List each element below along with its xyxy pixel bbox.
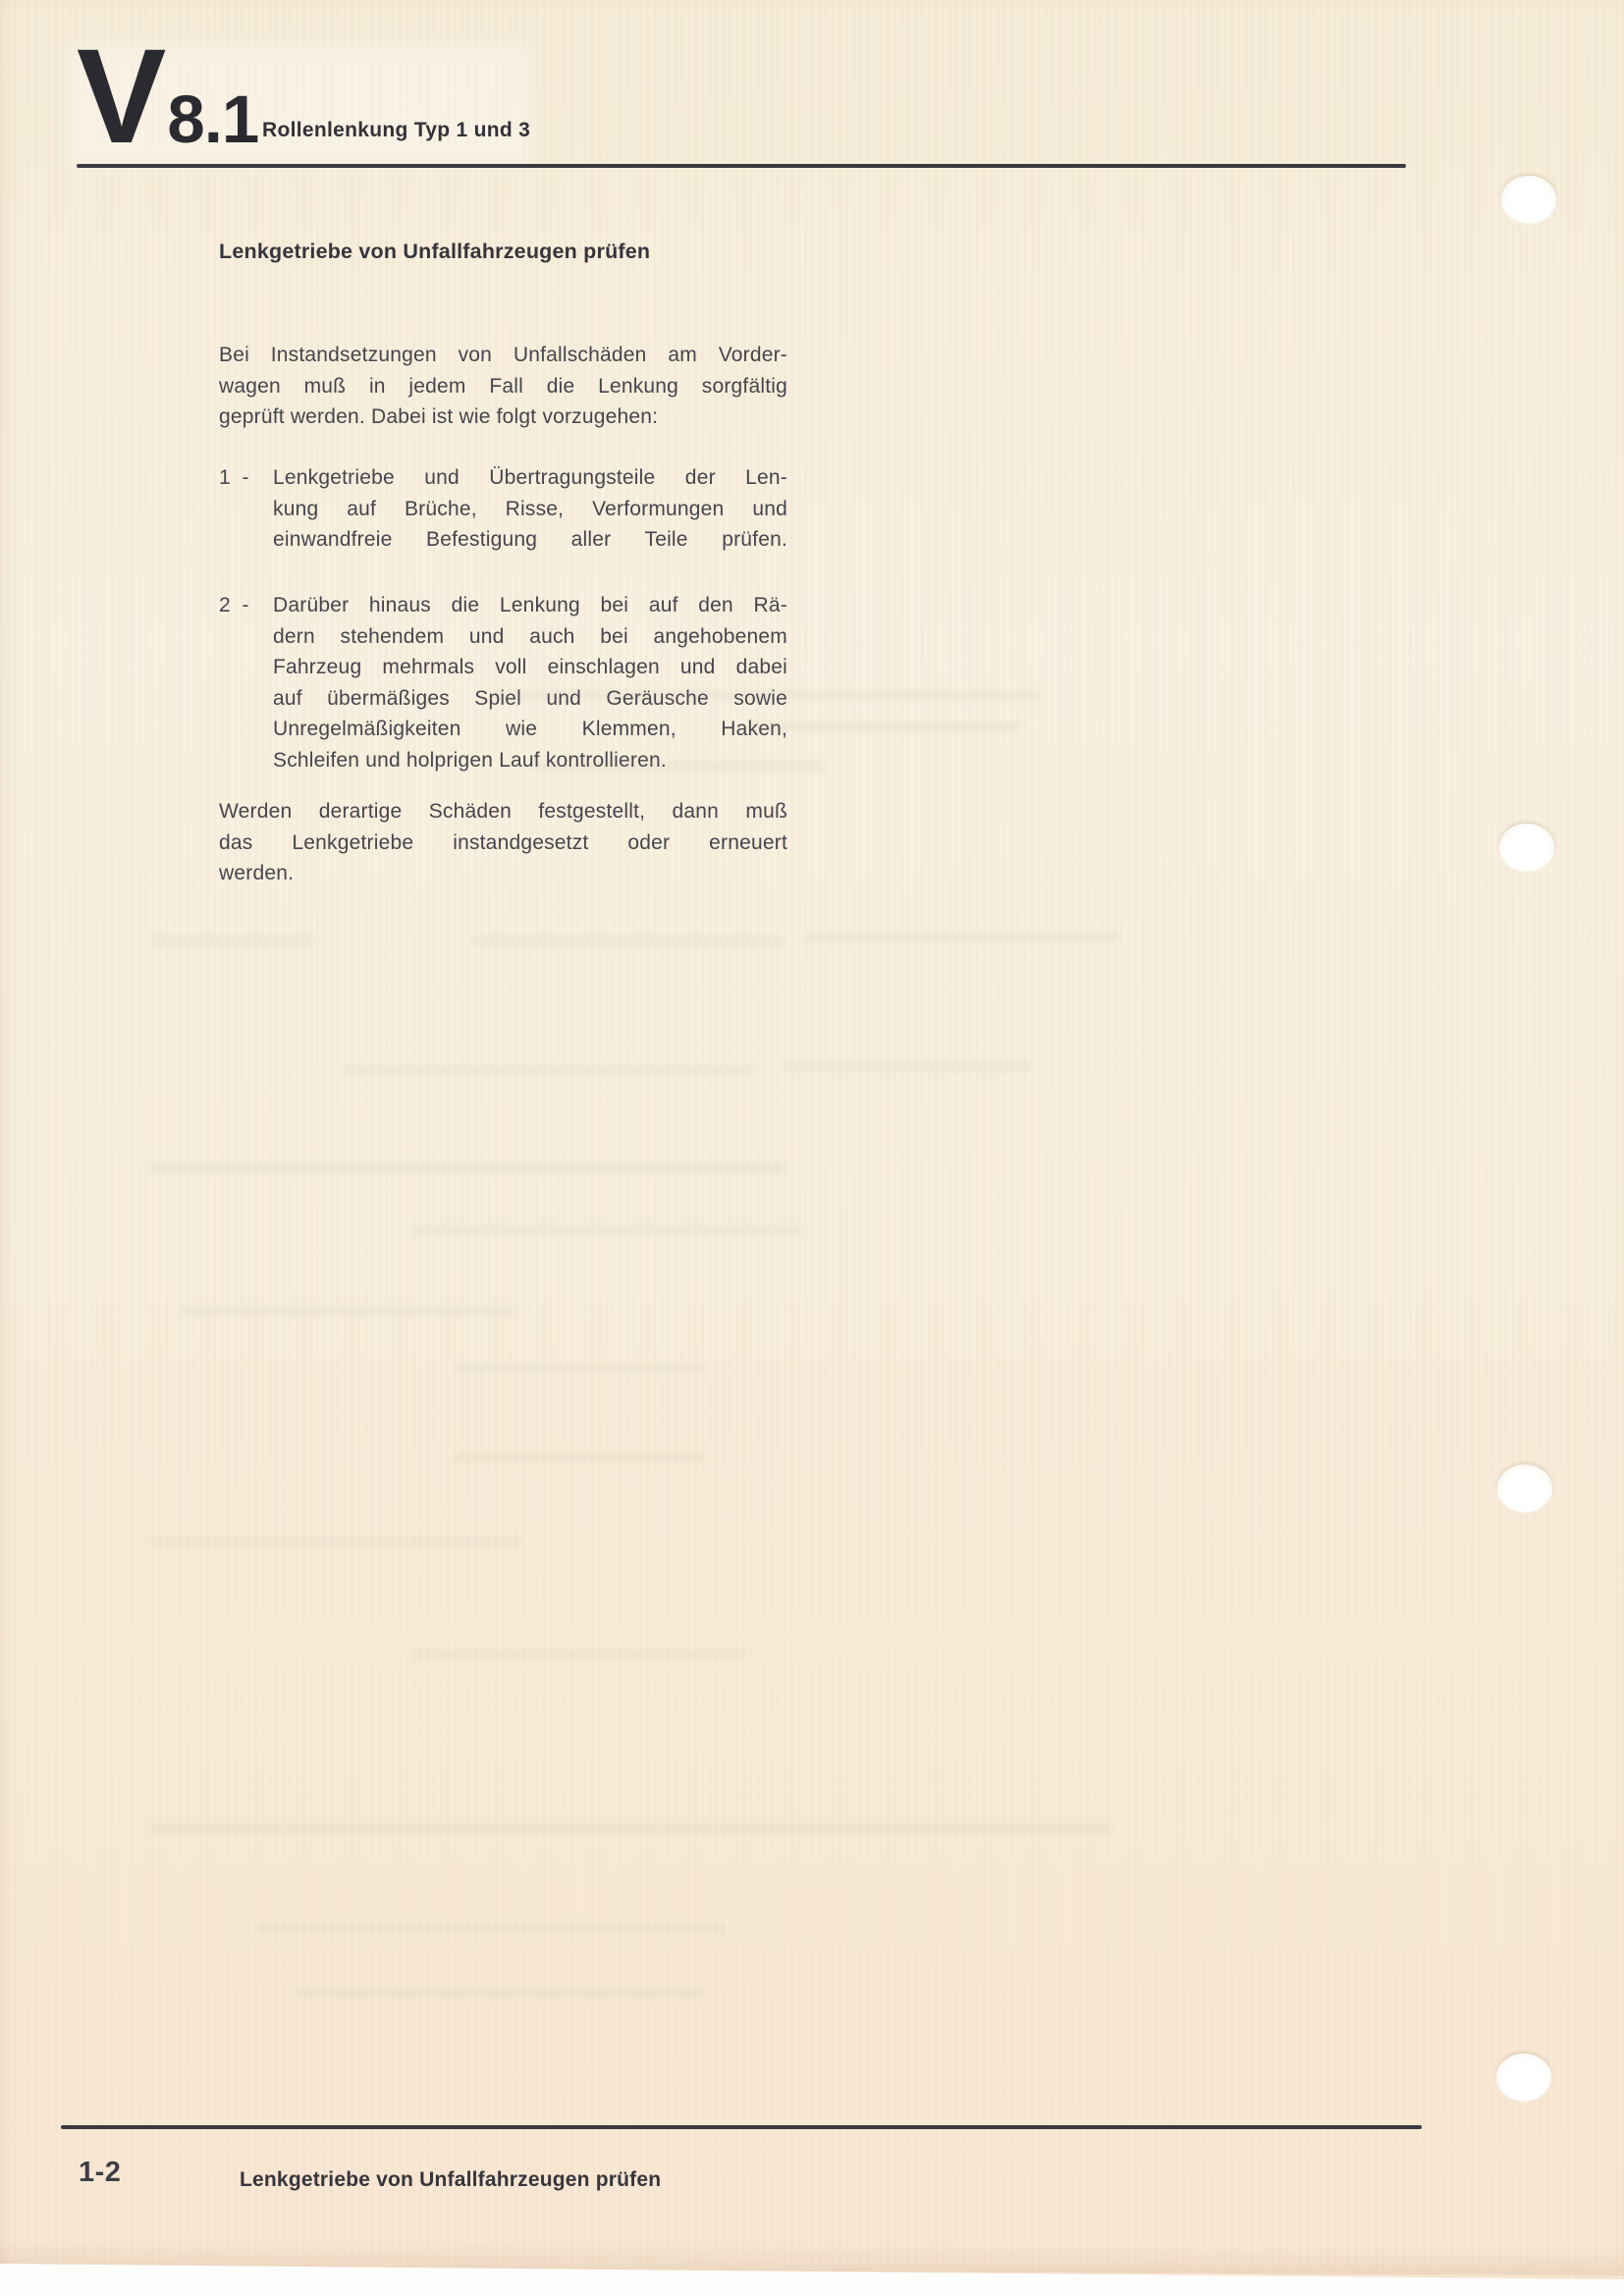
punch-hole — [1501, 176, 1556, 223]
manual-page: V8.1 Rollenlenkung Typ 1 und 3 Lenkgetri… — [0, 0, 1624, 2283]
text-line: dern stehendem und auch bei angehobenem — [273, 621, 787, 653]
punch-hole — [1499, 824, 1554, 871]
bleedthrough-smudge — [452, 1364, 707, 1374]
bleedthrough-smudge — [295, 1988, 707, 1998]
text-line: einwandfreie Befestigung aller Teile prü… — [273, 524, 787, 556]
section-code: V8.1 — [77, 29, 258, 164]
bleedthrough-smudge — [452, 1453, 707, 1463]
list-item-marker: 2 - — [219, 590, 252, 621]
footer-title: Lenkgetriebe von Unfallfahrzeugen prüfen — [240, 2164, 661, 2195]
text-line: Bei Instandsetzungen von Unfallschäden a… — [219, 340, 787, 371]
closing-paragraph: Werden derartige Schäden festgestellt, d… — [219, 796, 787, 889]
text-line: Lenkgetriebe und Übertragungsteile der L… — [273, 462, 787, 494]
list-item-text: Darüber hinaus die Lenkung bei auf den R… — [273, 590, 787, 775]
bleedthrough-smudge — [471, 935, 785, 945]
footer-rule — [61, 2125, 1422, 2129]
text-line: Fahrzeug mehrmals voll einschlagen und d… — [273, 652, 787, 683]
list-item: 1 - Lenkgetriebe und Übertragungsteile d… — [219, 462, 787, 556]
bleedthrough-smudge — [149, 1824, 1111, 1834]
text-line: Darüber hinaus die Lenkung bei auf den R… — [273, 590, 787, 621]
text-line: werden. — [219, 858, 787, 889]
bleedthrough-smudge — [149, 1163, 787, 1173]
bleedthrough-smudge — [530, 761, 825, 771]
punch-hole — [1496, 2054, 1551, 2101]
page-number: 1-2 — [79, 2156, 121, 2189]
page-bottom-edge — [0, 2238, 1624, 2275]
bleedthrough-smudge — [149, 935, 316, 945]
bleedthrough-smudge — [412, 1225, 805, 1235]
bleedthrough-smudge — [149, 1536, 522, 1546]
text-line: wagen muß in jedem Fall die Lenkung sorg… — [219, 371, 787, 402]
bleedthrough-smudge — [182, 1306, 515, 1315]
bleedthrough-smudge — [491, 690, 1041, 700]
text-line: Unregelmäßigkeiten wie Klemmen, Haken, — [273, 714, 787, 745]
bleedthrough-smudge — [805, 933, 1119, 942]
bleedthrough-smudge — [412, 1649, 746, 1659]
section-letter: V — [77, 22, 164, 172]
section-number: 8.1 — [167, 81, 258, 157]
text-line: kung auf Brüche, Risse, Verformungen und — [273, 494, 787, 525]
list-item-text: Lenkgetriebe und Übertragungsteile der L… — [273, 462, 787, 556]
bleedthrough-smudge — [344, 1065, 756, 1075]
list-item-marker: 1 - — [219, 462, 252, 494]
bleedthrough-smudge — [746, 721, 1021, 731]
punch-hole — [1497, 1465, 1552, 1512]
list-item: 2 - Darüber hinaus die Lenkung bei auf d… — [219, 590, 787, 775]
header-rule — [77, 164, 1406, 168]
section-title: Lenkgetriebe von Unfallfahrzeugen prüfen — [219, 237, 650, 267]
text-line: das Lenkgetriebe instandgesetzt oder ern… — [219, 828, 787, 859]
header-tagline: Rollenlenkung Typ 1 und 3 — [262, 115, 530, 145]
bleedthrough-smudge — [255, 1924, 727, 1934]
intro-paragraph: Bei Instandsetzungen von Unfallschäden a… — [219, 340, 787, 433]
text-line: Werden derartige Schäden festgestellt, d… — [219, 796, 787, 828]
text-line: geprüft werden. Dabei ist wie folgt vorz… — [219, 401, 787, 433]
bleedthrough-smudge — [785, 1062, 1031, 1072]
